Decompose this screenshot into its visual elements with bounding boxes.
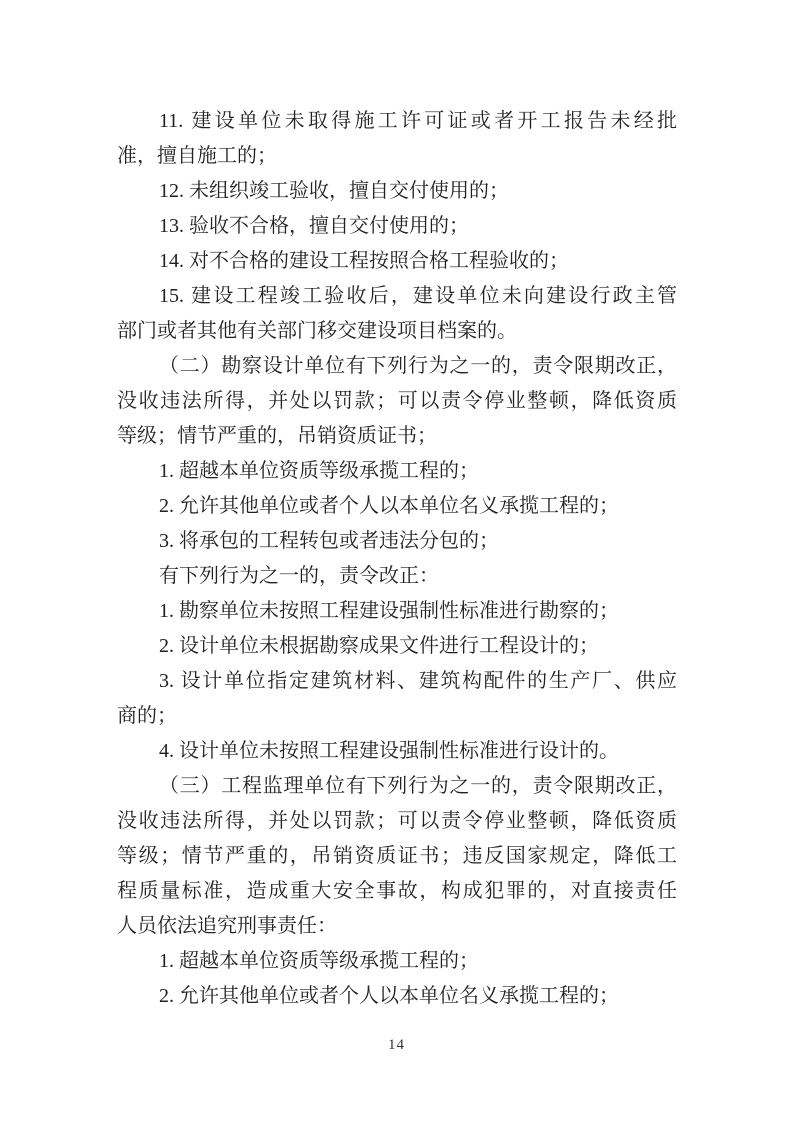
text-line: 没收违法所得，并处以罚款；可以责令停业整顿，降低资质 [117, 384, 677, 419]
text-line: 12. 未组织竣工验收，擅自交付使用的； [117, 174, 677, 209]
text-line: 3. 设计单位指定建筑材料、建筑构配件的生产厂、供应 [117, 664, 677, 699]
text-line: 1. 勘察单位未按照工程建设强制性标准进行勘察的； [117, 594, 677, 629]
text-line: 2. 允许其他单位或者个人以本单位名义承揽工程的； [117, 979, 677, 1014]
document-page: 11. 建设单位未取得施工许可证或者开工报告未经批准，擅自施工的；12. 未组织… [0, 0, 793, 1122]
text-line: 2. 设计单位未根据勘察成果文件进行工程设计的； [117, 629, 677, 664]
text-line: 2. 允许其他单位或者个人以本单位名义承揽工程的； [117, 489, 677, 524]
text-line: 程质量标准，造成重大安全事故，构成犯罪的，对直接责任 [117, 874, 677, 909]
text-line: 等级；情节严重的，吊销资质证书；违反国家规定，降低工 [117, 839, 677, 874]
text-line: 1. 超越本单位资质等级承揽工程的； [117, 944, 677, 979]
text-line: 准，擅自施工的； [117, 139, 677, 174]
text-line: 13. 验收不合格，擅自交付使用的； [117, 209, 677, 244]
text-line: 没收违法所得，并处以罚款；可以责令停业整顿，降低资质 [117, 804, 677, 839]
text-line: 部门或者其他有关部门移交建设项目档案的。 [117, 314, 677, 349]
page-footer: 14 [0, 1037, 793, 1054]
text-line: 商的； [117, 699, 677, 734]
text-line: 人员依法追究刑事责任： [117, 909, 677, 944]
page-number: 14 [388, 1037, 405, 1053]
text-line: 3. 将承包的工程转包或者违法分包的； [117, 524, 677, 559]
text-line: 有下列行为之一的，责令改正： [117, 559, 677, 594]
text-line: 15. 建设工程竣工验收后，建设单位未向建设行政主管 [117, 279, 677, 314]
document-body: 11. 建设单位未取得施工许可证或者开工报告未经批准，擅自施工的；12. 未组织… [117, 104, 677, 1014]
text-line: 11. 建设单位未取得施工许可证或者开工报告未经批 [117, 104, 677, 139]
text-line: 等级；情节严重的，吊销资质证书； [117, 419, 677, 454]
text-line: （三）工程监理单位有下列行为之一的，责令限期改正， [117, 769, 677, 804]
text-line: 1. 超越本单位资质等级承揽工程的； [117, 454, 677, 489]
text-line: 14. 对不合格的建设工程按照合格工程验收的； [117, 244, 677, 279]
text-line: 4. 设计单位未按照工程建设强制性标准进行设计的。 [117, 734, 677, 769]
text-line: （二）勘察设计单位有下列行为之一的，责令限期改正， [117, 349, 677, 384]
